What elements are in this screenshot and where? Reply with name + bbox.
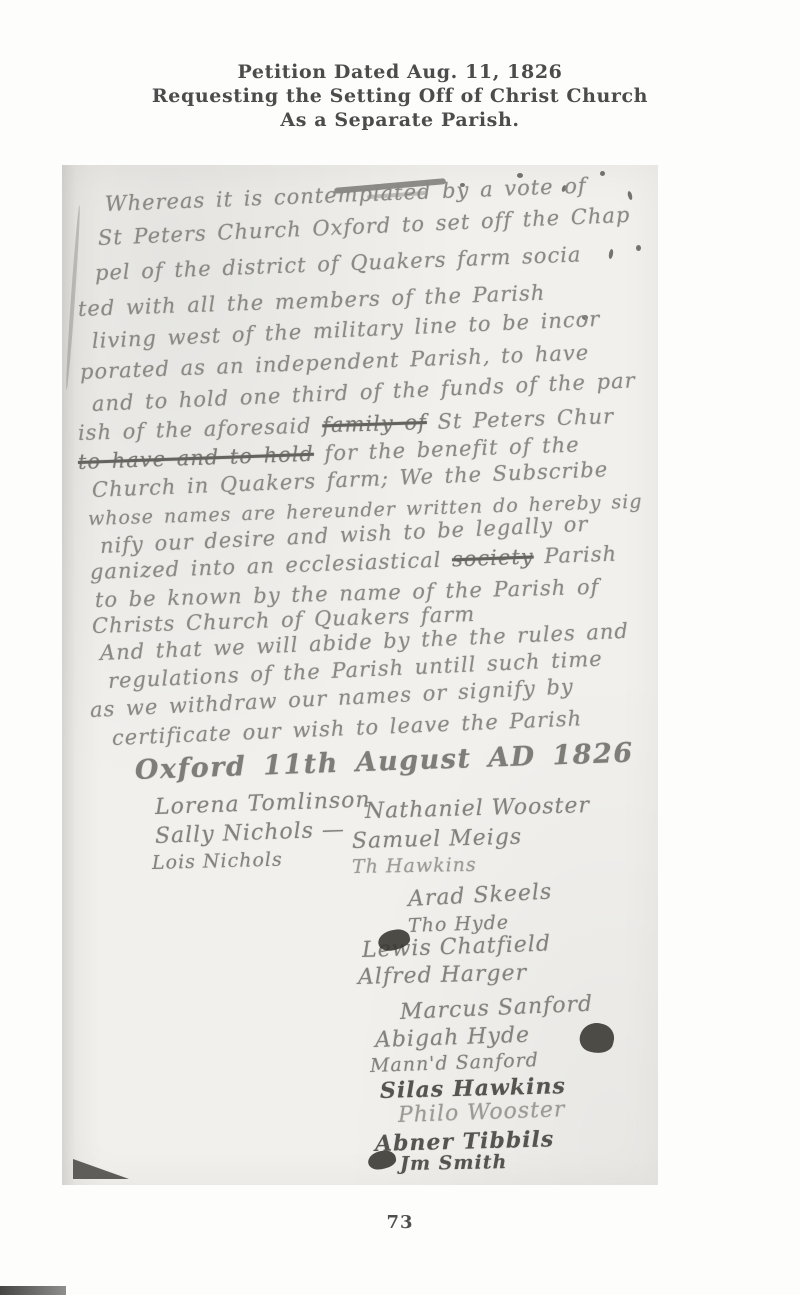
signature: Mann'd Sanford — [370, 1049, 540, 1077]
book-page: Petition Dated Aug. 11, 1826 Requesting … — [0, 0, 800, 1295]
strikethrough-text: to have and to hold — [78, 442, 315, 474]
title-line-2: Requesting the Setting Off of Christ Chu… — [0, 84, 800, 108]
page-title: Petition Dated Aug. 11, 1826 Requesting … — [0, 60, 800, 132]
signature: Lois Nichols — [152, 849, 283, 874]
signature: Nathaniel Wooster — [365, 793, 591, 824]
page-edge-mark — [0, 1286, 66, 1295]
signature: Jm Smith — [400, 1151, 508, 1175]
ink-blot — [367, 1149, 397, 1171]
ink-speck — [608, 249, 614, 260]
manuscript-text: Parish — [533, 542, 617, 569]
title-line-3: As a Separate Parish. — [0, 108, 800, 132]
title-line-1: Petition Dated Aug. 11, 1826 — [0, 60, 800, 84]
ink-speck — [627, 191, 633, 201]
manuscript-line: pel of the district of Quakers farm soci… — [95, 242, 582, 285]
page-number: 73 — [0, 1212, 800, 1233]
scan-corner-mark — [73, 1159, 129, 1179]
ink-blot — [577, 1019, 618, 1057]
ink-speck — [600, 171, 605, 176]
manuscript-text: St Peters Chur — [426, 404, 614, 434]
signature: Sally Nichols — — [155, 817, 346, 849]
ink-speck — [636, 245, 641, 251]
signature: Th Hawkins — [352, 854, 477, 878]
manuscript-scan: Whereas it is contemplated by a vote of … — [62, 165, 658, 1185]
strikethrough-text: family of — [322, 410, 427, 437]
signature: Alfred Harger — [358, 961, 528, 990]
signature: Marcus Sanford — [399, 992, 593, 1025]
signature: Lorena Tomlinson — [155, 787, 371, 820]
strikethrough-text: society — [452, 545, 534, 572]
signature: Abigah Hyde — [375, 1023, 531, 1053]
signature: Philo Wooster — [398, 1097, 566, 1128]
signature: Samuel Meigs — [352, 825, 523, 854]
signature: Arad Skeels — [407, 879, 552, 912]
manuscript-text: ish of the aforesaid — [78, 413, 323, 445]
